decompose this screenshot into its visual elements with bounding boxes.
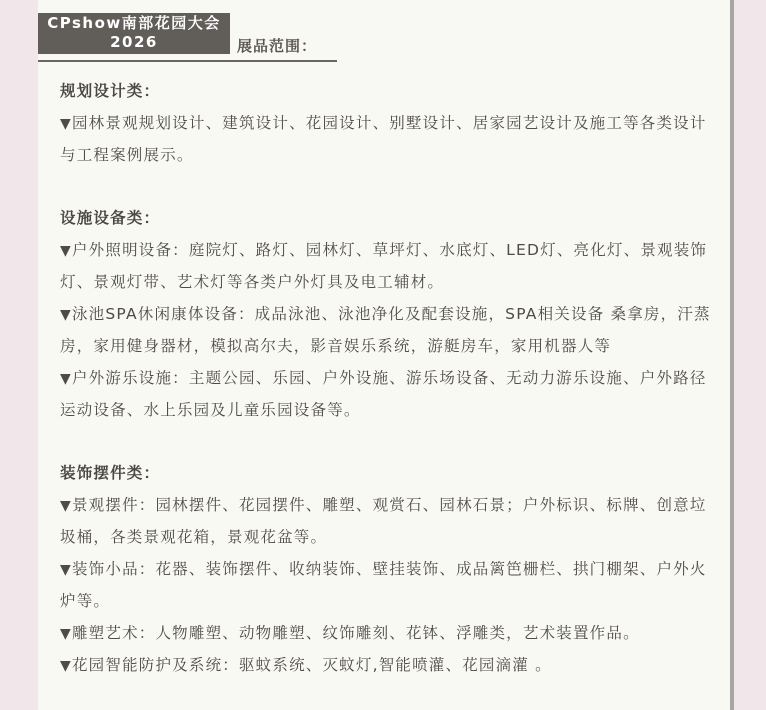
event-title-line2: 2026 [38,33,230,52]
event-title-line1: CPshow南部花园大会 [38,14,230,33]
section-heading: 展品范围： [237,35,317,56]
triangle-bullet-icon: ▼ [60,562,72,578]
list-item: ▼花园智能防护及系统：驱蚊系统、灭蚊灯,智能喷灌、花园滴灌 。 [60,650,720,683]
list-item: ▼装饰小品：花器、装饰摆件、收纳装饰、壁挂装饰、成品篱笆栅栏、拱门棚架、户外火炉… [60,554,720,618]
exhibit-scope-content: 规划设计类： ▼园林景观规划设计、建筑设计、花园设计、别墅设计、居家园艺设计及施… [60,76,720,710]
triangle-bullet-icon: ▼ [60,371,72,387]
section-facilities-equipment: 设施设备类： ▼户外照明设备：庭院灯、路灯、园林灯、草坪灯、水底灯、LED灯、亮… [60,203,720,427]
triangle-bullet-icon: ▼ [60,626,72,642]
header-divider [38,60,337,62]
section-title: 设施设备类： [60,203,720,235]
triangle-bullet-icon: ▼ [60,116,72,132]
triangle-bullet-icon: ▼ [60,243,72,259]
triangle-bullet-icon: ▼ [60,498,72,514]
panel-right-border [730,0,734,710]
content-panel: CPshow南部花园大会 2026 展品范围： 规划设计类： ▼园林景观规划设计… [38,0,730,710]
event-title-badge: CPshow南部花园大会 2026 [38,13,230,54]
section-title: 装饰摆件类： [60,458,720,490]
triangle-bullet-icon: ▼ [60,307,72,323]
list-item: ▼雕塑艺术：人物雕塑、动物雕塑、纹饰雕刻、花钵、浮雕类，艺术装置作品。 [60,618,720,651]
list-item: ▼园林景观规划设计、建筑设计、花园设计、别墅设计、居家园艺设计及施工等各类设计与… [60,108,720,172]
list-item: ▼景观摆件：园林摆件、花园摆件、雕塑、观赏石、园林石景；户外标识、标牌、创意垃圾… [60,490,720,554]
list-item: ▼泳池SPA休闲康体设备：成品泳池、泳池净化及配套设施，SPA相关设备 桑拿房，… [60,299,720,363]
section-decorative-ornaments: 装饰摆件类： ▼景观摆件：园林摆件、花园摆件、雕塑、观赏石、园林石景；户外标识、… [60,458,720,683]
list-item: ▼户外游乐设施：主题公园、乐园、户外设施、游乐场设备、无动力游乐设施、户外路径运… [60,363,720,427]
list-item: ▼户外照明设备：庭院灯、路灯、园林灯、草坪灯、水底灯、LED灯、亮化灯、景观装饰… [60,235,720,299]
section-planning-design: 规划设计类： ▼园林景观规划设计、建筑设计、花园设计、别墅设计、居家园艺设计及施… [60,76,720,172]
triangle-bullet-icon: ▼ [60,658,72,674]
section-title: 规划设计类： [60,76,720,108]
